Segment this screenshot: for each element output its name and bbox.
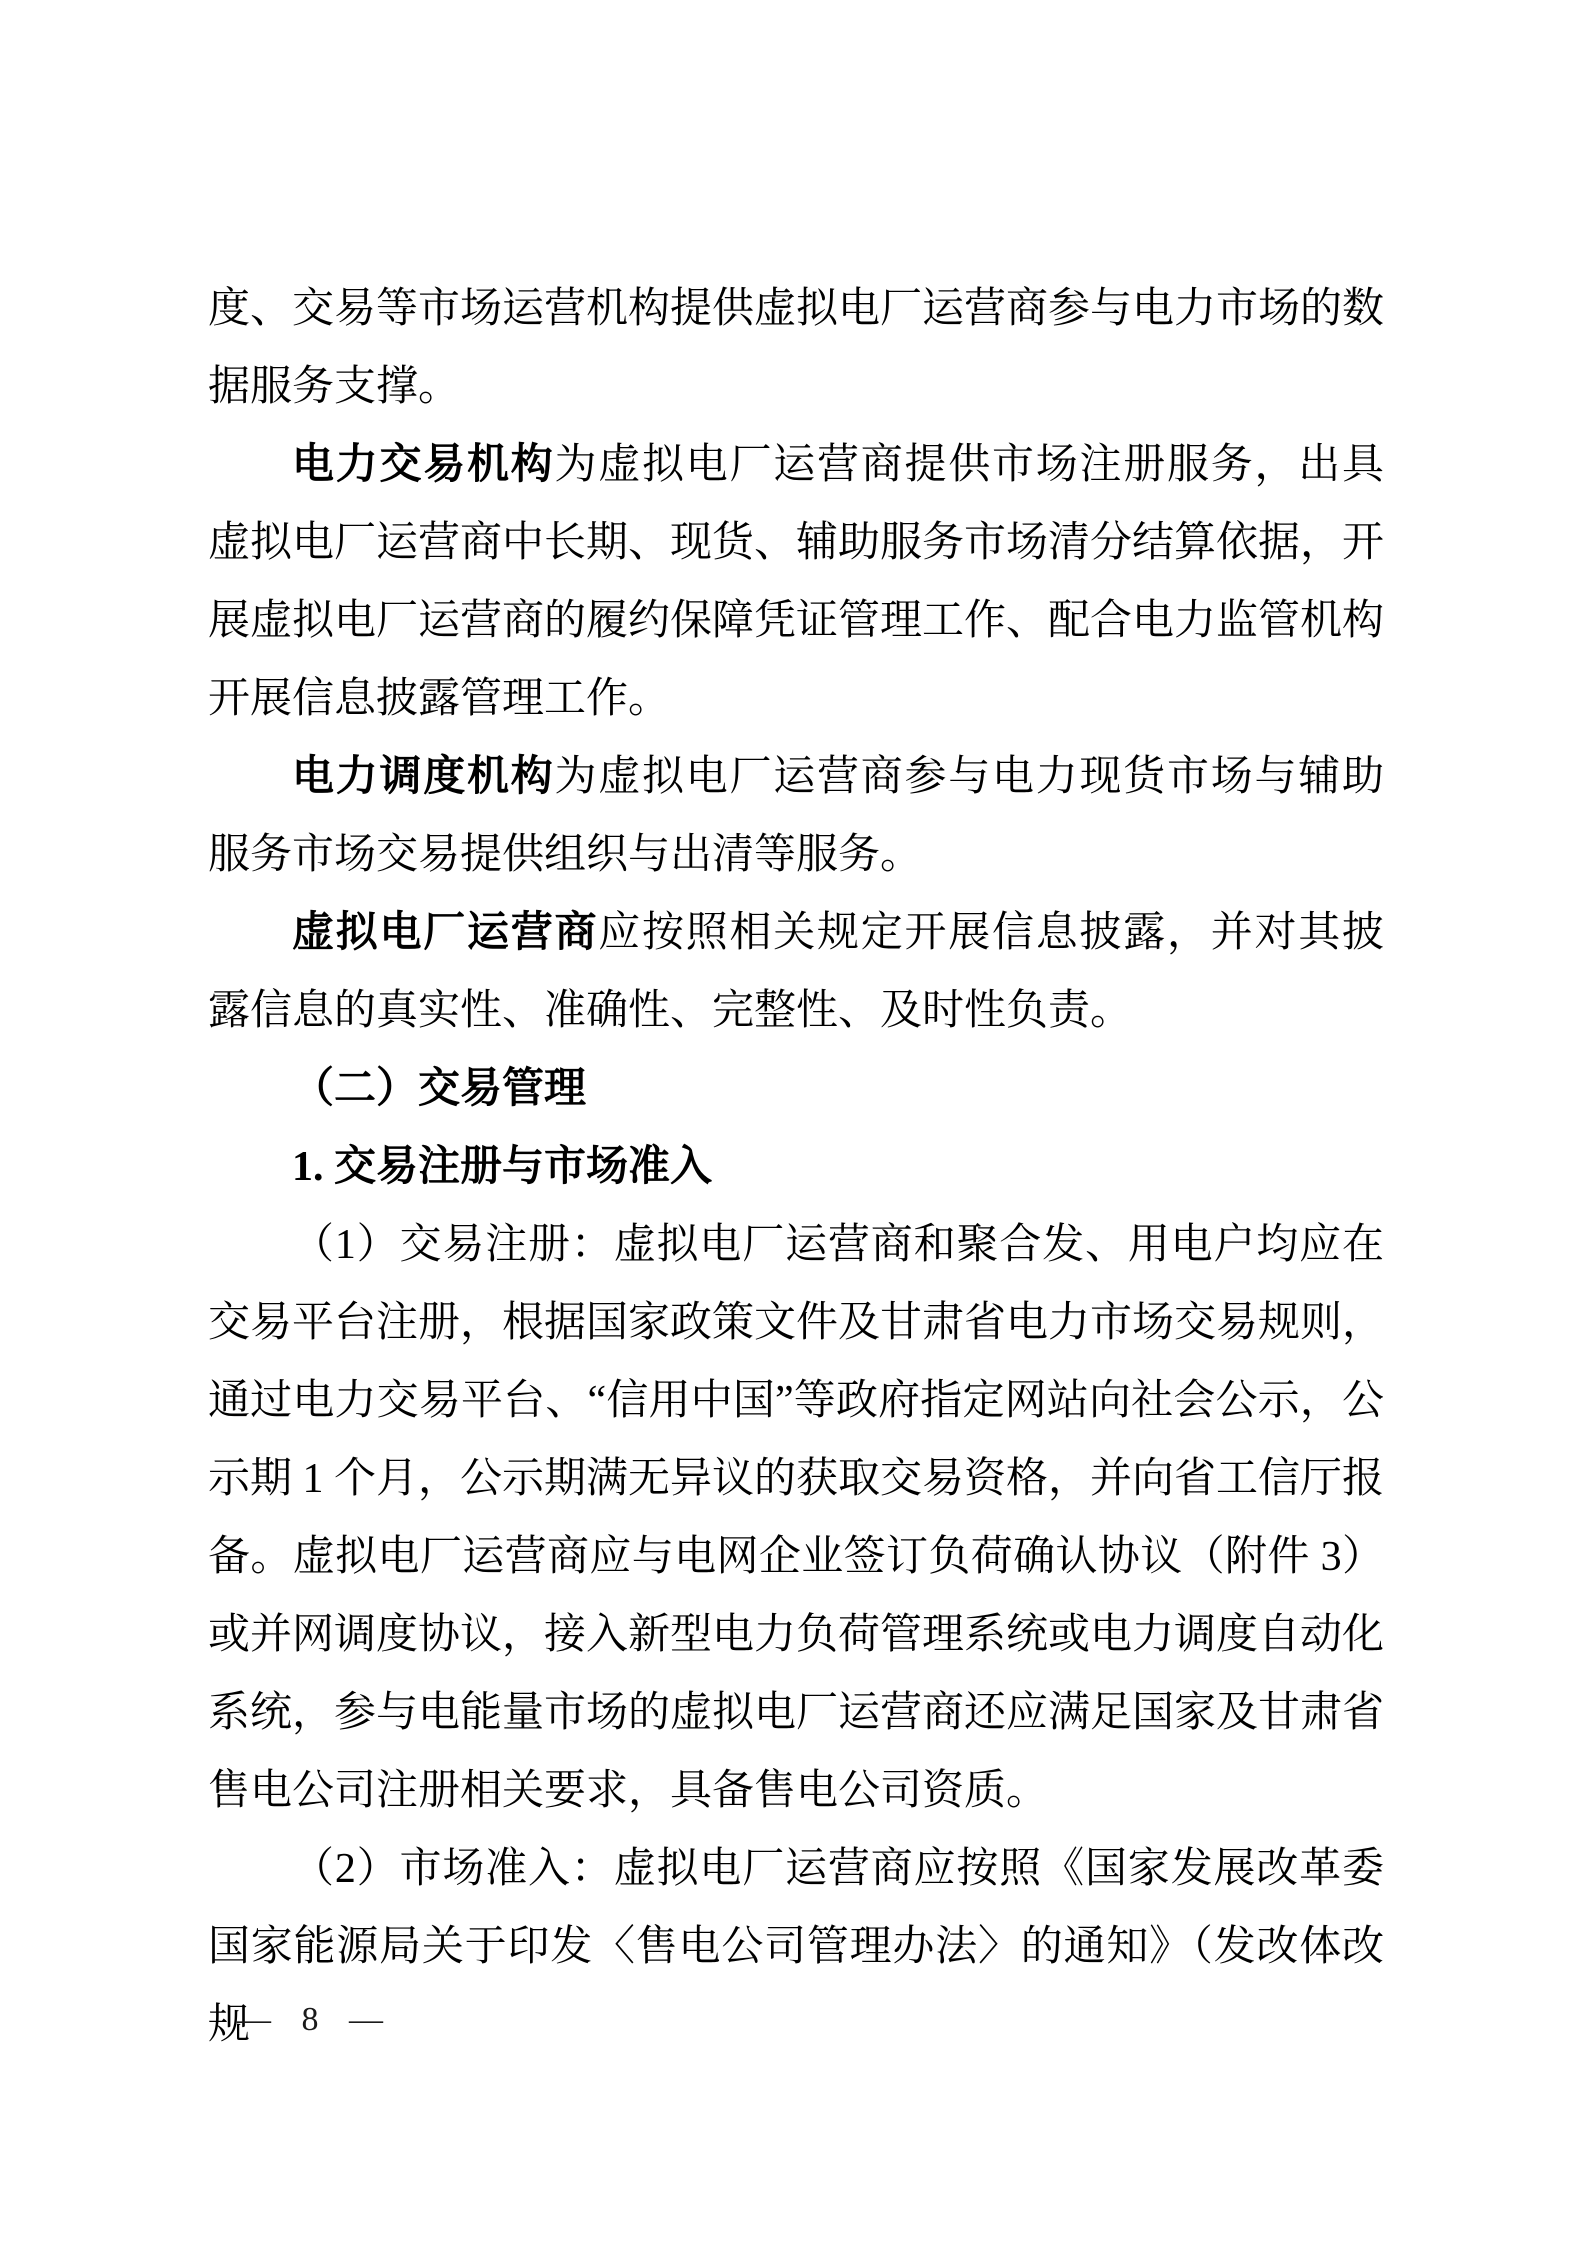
section-heading: 1. 交易注册与市场准入 [208, 1128, 1384, 1206]
section-heading: （二）交易管理 [208, 1050, 1384, 1128]
bold-lead-term: 虚拟电厂运营商 [292, 910, 598, 956]
paragraph: （1）交易注册：虚拟电厂运营商和聚合发、用电户均应在交易平台注册，根据国家政策文… [208, 1206, 1384, 1830]
document-body: 度、交易等市场运营机构提供虚拟电厂运营商参与电力市场的数据服务支撑。电力交易机构… [208, 270, 1384, 2064]
bold-lead-term: 电力调度机构 [292, 754, 555, 800]
paragraph: 电力调度机构为虚拟电厂运营商参与电力现货市场与辅助服务市场交易提供组织与出清等服… [208, 738, 1384, 894]
page-number: — 8 — [237, 2000, 389, 2040]
paragraph: 电力交易机构为虚拟电厂运营商提供市场注册服务，出具虚拟电厂运营商中长期、现货、辅… [208, 426, 1384, 738]
document-page: 度、交易等市场运营机构提供虚拟电厂运营商参与电力市场的数据服务支撑。电力交易机构… [0, 0, 1587, 2245]
bold-lead-term: 电力交易机构 [292, 442, 555, 488]
paragraph: 虚拟电厂运营商应按照相关规定开展信息披露，并对其披露信息的真实性、准确性、完整性… [208, 894, 1384, 1050]
paragraph: 度、交易等市场运营机构提供虚拟电厂运营商参与电力市场的数据服务支撑。 [208, 270, 1384, 426]
